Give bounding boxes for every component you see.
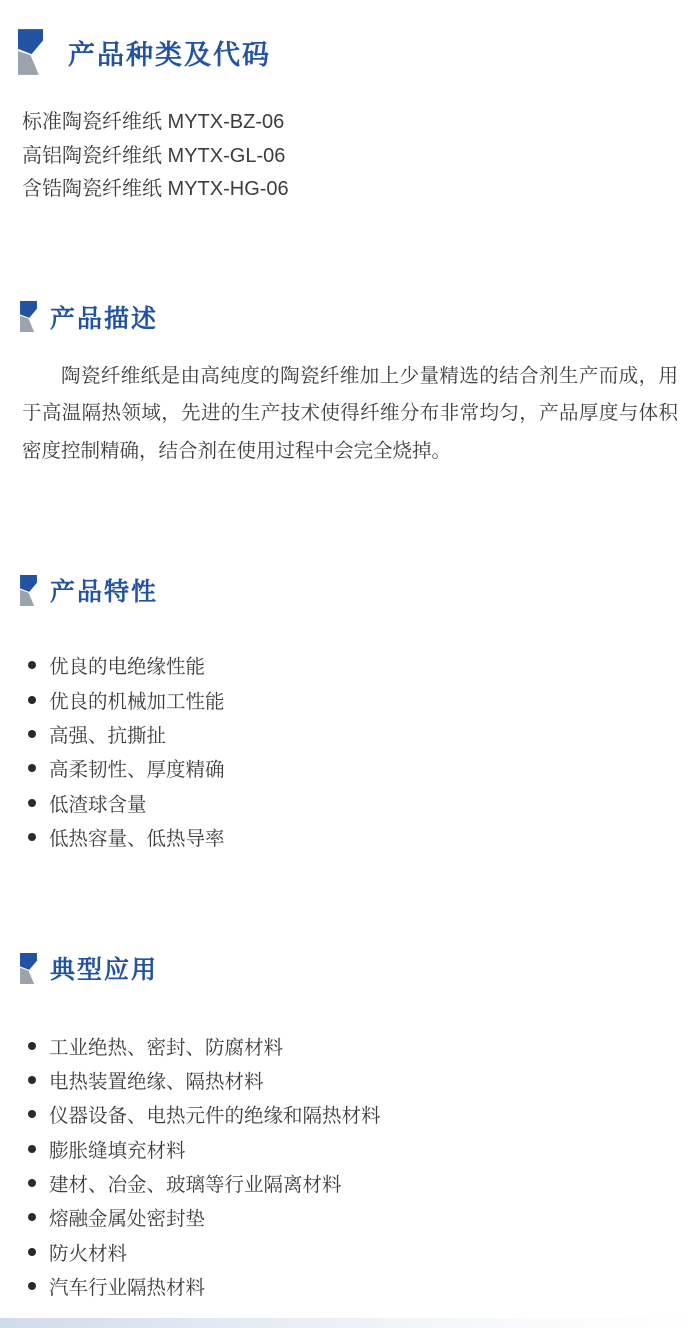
application-item-label: 电热装置绝缘、隔热材料 xyxy=(49,1066,264,1094)
feature-item-label: 高强、抗撕扯 xyxy=(49,720,166,748)
product-type-item: 标准陶瓷纤维纸 MYTX-BZ-06 xyxy=(22,106,678,140)
bullet-icon xyxy=(28,1179,36,1187)
feature-item: 高强、抗撕扯 xyxy=(0,717,700,751)
product-type-list: 标准陶瓷纤维纸 MYTX-BZ-06 高铝陶瓷纤维纸 MYTX-GL-06 含锆… xyxy=(22,106,678,207)
section-marker-icon xyxy=(20,575,37,606)
section-description: 产品描述 陶瓷纤维纸是由高纯度的陶瓷纤维加上少量精选的结合剂生产而成，用于高温隔… xyxy=(0,207,700,471)
application-item-label: 防火材料 xyxy=(49,1238,127,1266)
section-header: 产品描述 xyxy=(0,207,700,335)
application-item: 防火材料 xyxy=(0,1235,700,1269)
application-item-label: 仪器设备、电热元件的绝缘和隔热材料 xyxy=(49,1100,381,1128)
application-item: 工业绝热、密封、防腐材料 xyxy=(0,1028,700,1062)
bullet-icon xyxy=(28,799,36,807)
section-features: 产品特性 优良的电绝缘性能 优良的机械加工性能 高强、抗撕扯 xyxy=(0,470,700,854)
bullet-icon xyxy=(28,1248,36,1256)
application-item-label: 建材、冶金、玻璃等行业隔离材料 xyxy=(49,1169,342,1197)
bullet-icon xyxy=(28,1076,36,1084)
application-item: 膨胀缝填充材料 xyxy=(0,1132,700,1166)
section-header: 产品种类及代码 xyxy=(0,0,700,75)
application-item: 建材、冶金、玻璃等行业隔离材料 xyxy=(0,1166,700,1200)
bottom-gradient-strip xyxy=(0,1318,700,1328)
section-applications: 典型应用 工业绝热、密封、防腐材料 电热装置绝缘、隔热材料 仪器设备、电热元件的… xyxy=(0,854,700,1303)
feature-item: 低渣球含量 xyxy=(0,786,700,820)
feature-item-label: 低热容量、低热导率 xyxy=(49,823,225,851)
section-header: 产品特性 xyxy=(0,470,700,608)
section-title: 产品特性 xyxy=(50,572,158,608)
application-item-label: 熔融金属处密封垫 xyxy=(49,1203,205,1231)
section-title: 产品描述 xyxy=(50,299,158,335)
feature-list: 优良的电绝缘性能 优良的机械加工性能 高强、抗撕扯 高柔韧性、厚度精确 xyxy=(0,648,700,854)
application-item: 汽车行业隔热材料 xyxy=(0,1269,700,1303)
feature-item-label: 优良的机械加工性能 xyxy=(49,686,225,714)
feature-item-label: 低渣球含量 xyxy=(49,789,147,817)
product-type-item: 含锆陶瓷纤维纸 MYTX-HG-06 xyxy=(22,173,678,207)
application-item: 熔融金属处密封垫 xyxy=(0,1200,700,1234)
section-header: 典型应用 xyxy=(0,854,700,986)
feature-item-label: 高柔韧性、厚度精确 xyxy=(49,754,225,782)
application-list: 工业绝热、密封、防腐材料 电热装置绝缘、隔热材料 仪器设备、电热元件的绝缘和隔热… xyxy=(0,1028,700,1303)
application-item-label: 汽车行业隔热材料 xyxy=(49,1272,205,1300)
section-marker-icon xyxy=(20,953,37,984)
application-item: 仪器设备、电热元件的绝缘和隔热材料 xyxy=(0,1097,700,1131)
feature-item: 低热容量、低热导率 xyxy=(0,820,700,854)
bullet-icon xyxy=(28,1110,36,1118)
description-paragraph: 陶瓷纤维纸是由高纯度的陶瓷纤维加上少量精选的结合剂生产而成，用于高温隔热领域，先… xyxy=(22,358,678,471)
bullet-icon xyxy=(28,1282,36,1290)
bullet-icon xyxy=(28,1145,36,1153)
application-item: 电热装置绝缘、隔热材料 xyxy=(0,1063,700,1097)
section-title: 典型应用 xyxy=(50,950,158,986)
section-marker-icon xyxy=(18,29,43,75)
bullet-icon xyxy=(28,730,36,738)
feature-item: 高柔韧性、厚度精确 xyxy=(0,751,700,785)
feature-item: 优良的机械加工性能 xyxy=(0,682,700,716)
product-type-item: 高铝陶瓷纤维纸 MYTX-GL-06 xyxy=(22,140,678,174)
bullet-icon xyxy=(28,764,36,772)
product-page: 产品种类及代码 标准陶瓷纤维纸 MYTX-BZ-06 高铝陶瓷纤维纸 MYTX-… xyxy=(0,0,700,1328)
feature-item-label: 优良的电绝缘性能 xyxy=(49,651,205,679)
feature-item: 优良的电绝缘性能 xyxy=(0,648,700,682)
bullet-icon xyxy=(28,1042,36,1050)
section-title: 产品种类及代码 xyxy=(68,33,271,72)
bullet-icon xyxy=(28,833,36,841)
section-product-types: 产品种类及代码 标准陶瓷纤维纸 MYTX-BZ-06 高铝陶瓷纤维纸 MYTX-… xyxy=(0,0,700,207)
bullet-icon xyxy=(28,696,36,704)
bullet-icon xyxy=(28,1213,36,1221)
bullet-icon xyxy=(28,661,36,669)
application-item-label: 工业绝热、密封、防腐材料 xyxy=(49,1032,283,1060)
application-item-label: 膨胀缝填充材料 xyxy=(49,1135,186,1163)
section-marker-icon xyxy=(20,301,37,332)
